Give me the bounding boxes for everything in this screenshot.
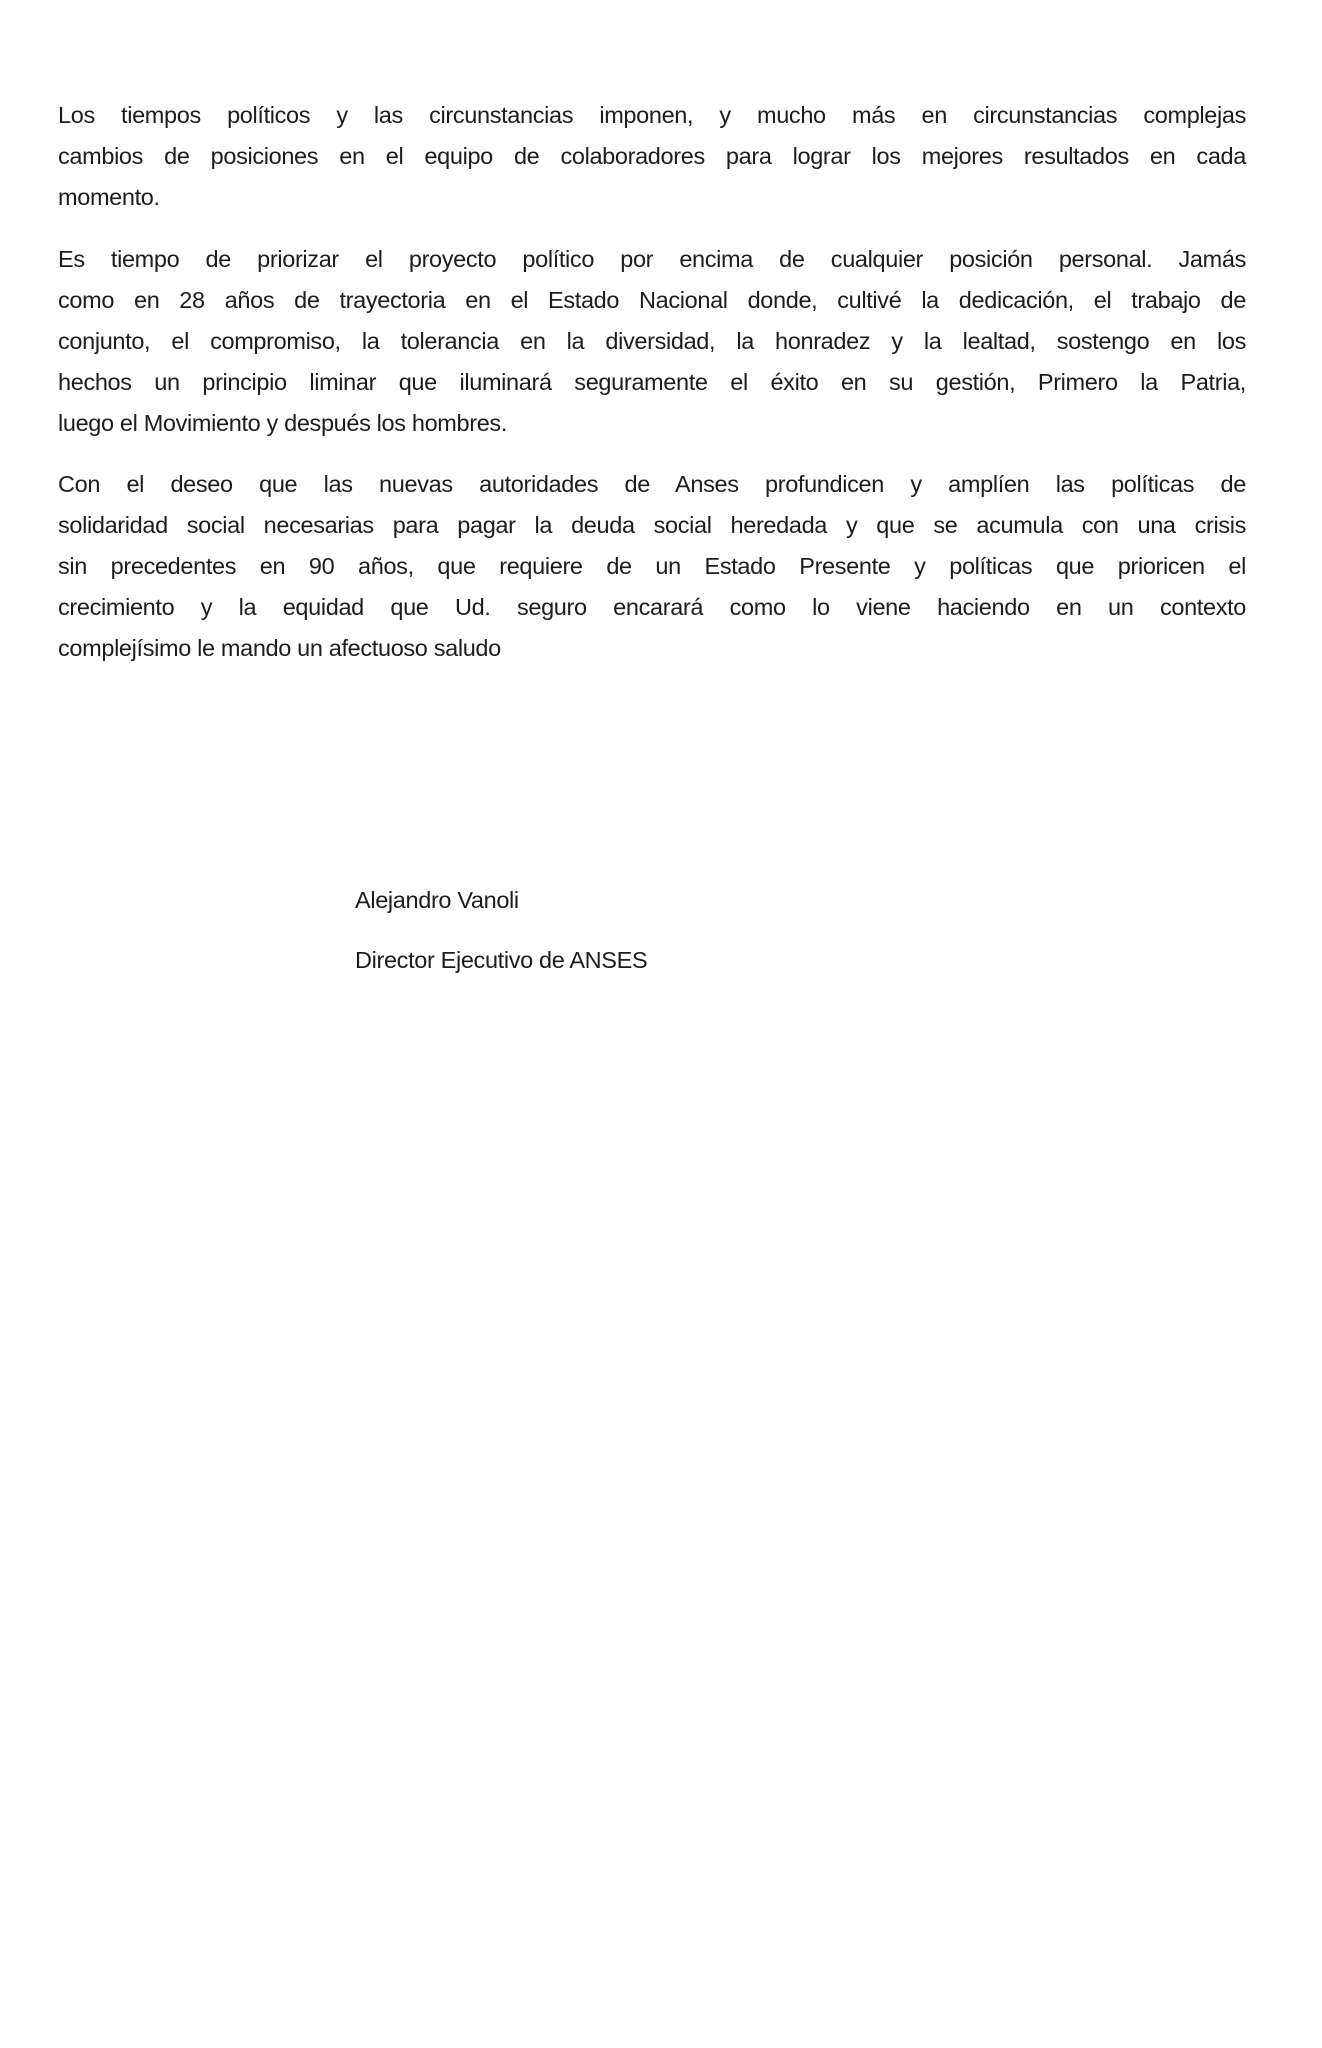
signatory-name: Alejandro Vanoli <box>355 880 519 921</box>
letter-page: Los tiempos políticos y las circunstanci… <box>0 0 1322 2048</box>
text-line: complejísimo le mando un afectuoso salud… <box>58 628 1246 669</box>
signatory-title: Director Ejecutivo de ANSES <box>355 940 647 981</box>
text-line: luego el Movimiento y después los hombre… <box>58 403 1246 444</box>
text-line: conjunto, el compromiso, la tolerancia e… <box>58 321 1246 362</box>
text-line: momento. <box>58 177 1246 218</box>
text-line: Es tiempo de priorizar el proyecto polít… <box>58 239 1246 280</box>
text-line: cambios de posiciones en el equipo de co… <box>58 136 1246 177</box>
paragraph-political-times: Los tiempos políticos y las circunstanci… <box>58 95 1246 218</box>
text-line: Con el deseo que las nuevas autoridades … <box>58 464 1246 505</box>
text-line: crecimiento y la equidad que Ud. seguro … <box>58 587 1246 628</box>
text-line: solidaridad social necesarias para pagar… <box>58 505 1246 546</box>
text-line: hechos un principio liminar que iluminar… <box>58 362 1246 403</box>
paragraph-closing-wishes: Con el deseo que las nuevas autoridades … <box>58 464 1246 669</box>
text-line: como en 28 años de trayectoria en el Est… <box>58 280 1246 321</box>
text-line: sin precedentes en 90 años, que requiere… <box>58 546 1246 587</box>
text-line: Los tiempos políticos y las circunstanci… <box>58 95 1246 136</box>
paragraph-political-project: Es tiempo de priorizar el proyecto polít… <box>58 239 1246 444</box>
